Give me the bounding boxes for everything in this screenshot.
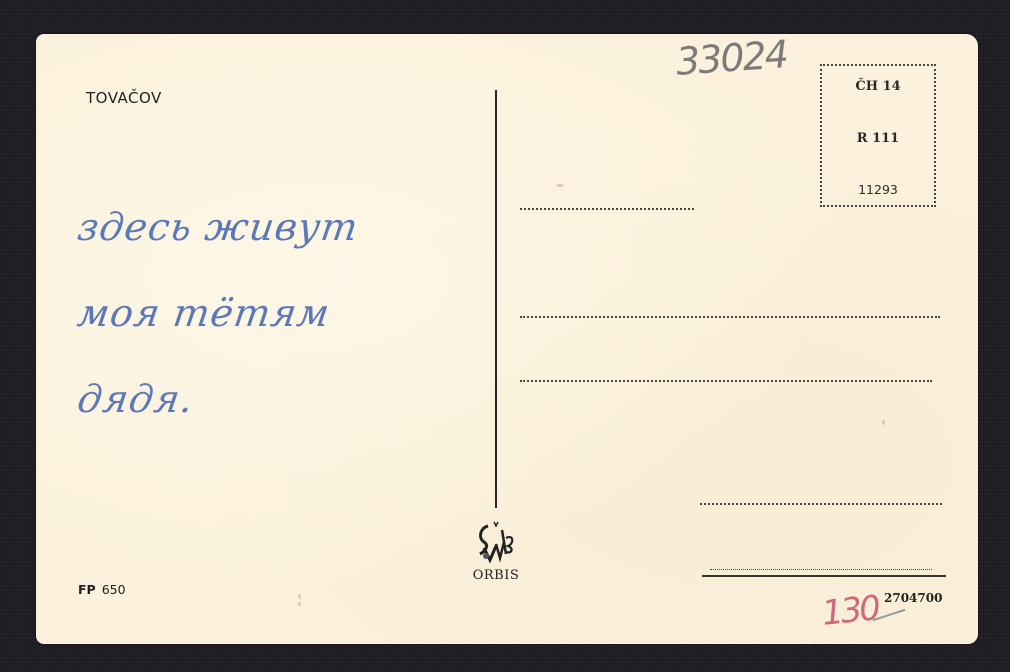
publisher-name: ORBIS bbox=[466, 568, 526, 583]
message-line-2: моя тётям bbox=[72, 270, 524, 356]
address-line-4 bbox=[700, 503, 942, 505]
stamp-box-line-3: 11293 bbox=[822, 182, 934, 197]
place-name: TOVAČOV bbox=[86, 89, 162, 107]
postcard: TOVAČOV здесь живут моя тётям дядя. 3302… bbox=[36, 34, 978, 644]
message-line-1: здесь живут bbox=[72, 184, 524, 270]
stamp-box: ČH 14 R 111 11293 bbox=[820, 64, 936, 207]
center-divider bbox=[495, 90, 497, 508]
pencil-inventory-number: 33024 bbox=[675, 32, 789, 84]
stain bbox=[556, 184, 564, 187]
message-line-3: дядя. bbox=[72, 356, 524, 442]
stamp-box-line-2: R 111 bbox=[822, 131, 934, 146]
print-code-prefix: FP bbox=[78, 582, 96, 597]
print-code-number: 650 bbox=[102, 582, 126, 597]
address-line-3 bbox=[520, 380, 932, 382]
stain bbox=[882, 420, 885, 425]
pencil-price: 130 bbox=[820, 588, 880, 634]
stain bbox=[298, 594, 301, 599]
handwritten-message: здесь живут моя тётям дядя. bbox=[78, 184, 518, 442]
stamp-box-line-1: ČH 14 bbox=[822, 79, 934, 94]
orbis-monogram-icon bbox=[474, 520, 518, 566]
serial-number: 2704700 bbox=[884, 591, 942, 605]
address-line-2 bbox=[520, 316, 940, 318]
address-line-5 bbox=[710, 569, 932, 570]
address-underline bbox=[702, 575, 946, 577]
publisher-logo: ORBIS bbox=[466, 520, 526, 583]
address-line-1 bbox=[520, 208, 694, 210]
print-code: FP650 bbox=[78, 582, 126, 597]
stain bbox=[298, 602, 301, 606]
